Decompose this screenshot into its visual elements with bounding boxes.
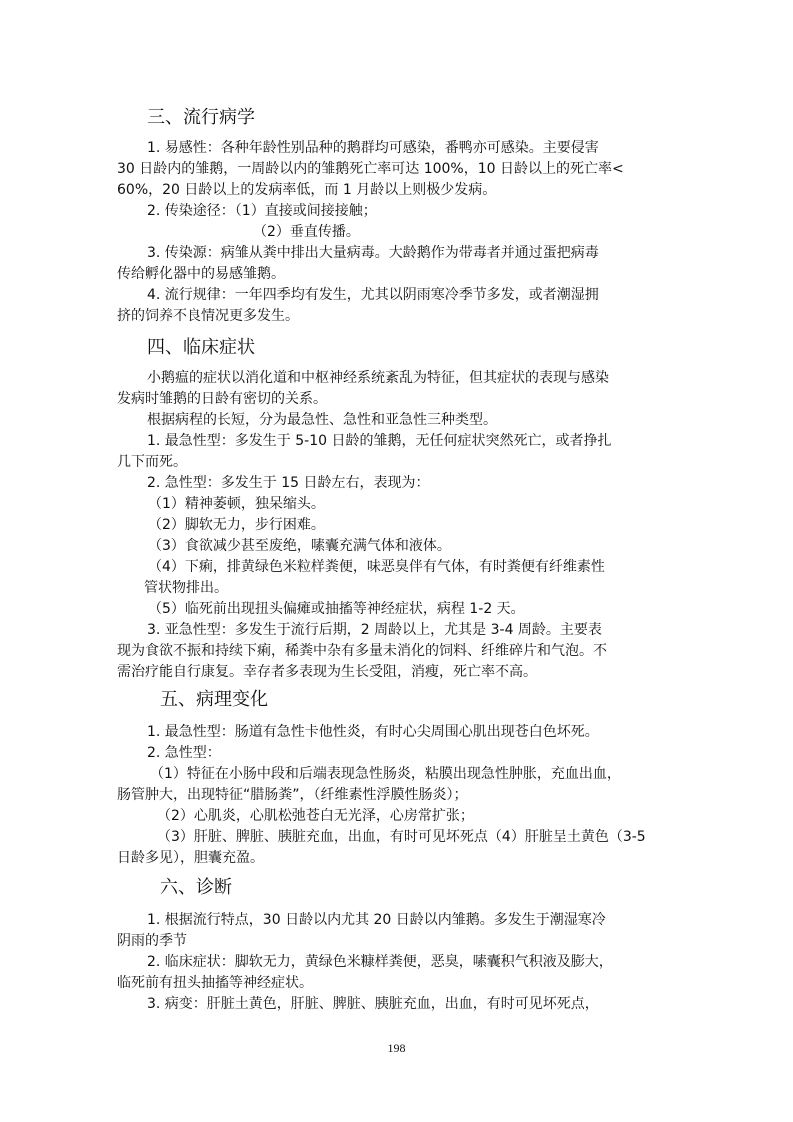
paragraph-line: 几下而死。 (117, 452, 187, 472)
paragraph-line: 60%，20 日龄以上的发病率低，而 1 月龄以上则极少发病。 (117, 180, 496, 200)
paragraph-line: 1. 最急性型：肠道有急性卡他性炎，有时心尖周围心肌出现苍白色坏死。 (147, 722, 599, 742)
paragraph-line: 小鹅瘟的症状以消化道和中枢神经系统紊乱为特征，但其症状的表现与感染 (147, 368, 609, 388)
paragraph-line: 阴雨的季节 (117, 931, 187, 951)
paragraph-line: 肠管肿大，出现特征“腊肠粪”，（纤维素性浮膜性肠炎）； (117, 785, 468, 805)
paragraph-line: 日龄多见），胆囊充盈。 (117, 848, 264, 868)
paragraph-line: （5）临死前出现扭头偏瘫或抽搐等神经症状，病程 1-2 天。 (148, 599, 525, 619)
paragraph-line: 3. 传染源：病雏从粪中排出大量病毒。大龄鹅作为带毒者并通过蛋把病毒 (147, 243, 599, 263)
paragraph-line: 2. 临床症状：脚软无力，黄绿色米糠样粪便，恶臭，嗉囊积气积液及膨大， (147, 952, 613, 972)
paragraph-line: 3. 病变：肝脏土黄色，肝脏、脾脏、胰脏充血，出血，有时可见坏死点， (147, 994, 599, 1014)
paragraph-line: 发病时雏鹅的日龄有密切的关系。 (117, 389, 327, 409)
paragraph-line: 1. 根据流行特点，30 日龄以内尤其 20 日龄以内雏鹅。多发生于潮湿寒冷 (147, 910, 606, 930)
paragraph-line: 3. 亚急性型：多发生于流行后期，2 周龄以上，尤其是 3-4 周龄。主要表 (147, 620, 602, 640)
paragraph-line: （1）精神萎顿，独呆缩头。 (148, 494, 325, 514)
paragraph-line: （2）心肌炎，心肌松弛苍白无光泽，心房常扩张； (157, 806, 474, 826)
paragraph-line: 现为食欲不振和持续下痢，稀粪中杂有多量未消化的饲料、纤维碎片和气泡。不 (117, 641, 607, 661)
paragraph-line: 4. 流行规律：一年四季均有发生，尤其以阴雨寒冷季节多发，或者潮湿拥 (147, 285, 599, 305)
paragraph-line: 1. 易感性：各种年龄性别品种的鹅群均可感染，番鸭亦可感染。主要侵害 (147, 138, 599, 158)
paragraph-line: 根据病程的长短，分为最急性、急性和亚急性三种类型。 (147, 410, 497, 430)
section-heading-diagnosis: 六、诊断 (160, 876, 232, 900)
paragraph-line: （3）肝脏、脾脏、胰脏充血，出血，有时可见坏死点（4）肝脏呈土黄色（3-5 (157, 827, 646, 847)
paragraph-line: （3）食欲减少甚至废绝，嗉囊充满气体和液体。 (148, 536, 451, 556)
paragraph-line: （4）下痢，排黄绿色米粒样粪便，味恶臭伴有气体，有时粪便有纤维素性 (148, 557, 605, 577)
section-heading-pathological-changes: 五、病理变化 (160, 688, 268, 712)
section-heading-epidemiology: 三、流行病学 (147, 106, 255, 130)
section-heading-clinical-symptoms: 四、临床症状 (147, 336, 255, 360)
paragraph-line: 传给孵化器中的易感雏鹅。 (117, 264, 285, 284)
paragraph-line: 挤的饲养不良情况更多发生。 (117, 306, 299, 326)
paragraph-line: 2. 传染途径：（1）直接或间接接触； (147, 201, 377, 221)
paragraph-line: 临死前有扭头抽搐等神经症状。 (117, 973, 313, 993)
paragraph-line: 管状物排出。 (144, 578, 228, 598)
paragraph-line: 1. 最急性型：多发生于 5-10 日龄的雏鹅，无任何症状突然死亡，或者挣扎 (147, 431, 611, 451)
document-page: 三、流行病学 1. 易感性：各种年龄性别品种的鹅群均可感染，番鸭亦可感染。主要侵… (0, 0, 793, 1122)
paragraph-line: （2）垂直传播。 (253, 222, 360, 242)
paragraph-line: 2. 急性型：多发生于 15 日龄左右，表现为： (147, 473, 430, 493)
paragraph-line: （2）脚软无力，步行困难。 (148, 515, 325, 535)
paragraph-line: 需治疗能自行康复。幸存者多表现为生长受阻，消瘦，死亡率不高。 (117, 662, 537, 682)
paragraph-line: 30 日龄内的雏鹅，一周龄以内的雏鹅死亡率可达 100%，10 日龄以上的死亡率… (117, 159, 624, 179)
page-number: 198 (0, 1041, 793, 1056)
paragraph-line: 2. 急性型： (147, 743, 221, 763)
paragraph-line: （1）特征在小肠中段和后端表现急性肠炎，粘膜出现急性肿胀，充血出血， (150, 764, 621, 784)
